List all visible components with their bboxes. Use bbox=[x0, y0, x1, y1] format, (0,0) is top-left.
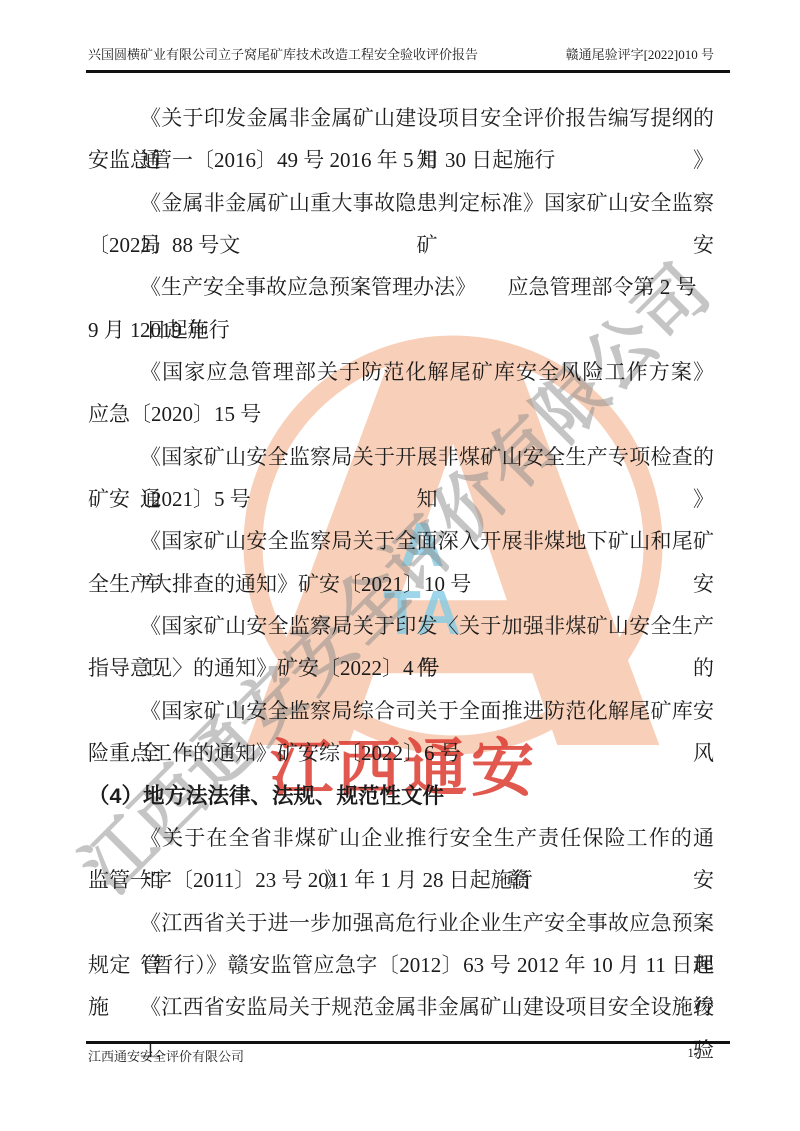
body-line: 《生产安全事故应急预案管理办法》 应急管理部令第 2 号 2019 年 bbox=[88, 266, 714, 308]
body-line: 《关于在全省非煤矿山企业推行安全生产责任保险工作的通知》赣安 bbox=[88, 817, 714, 859]
body-line: 《国家矿山安全监察局关于全面深入开展非煤地下矿山和尾矿库安 bbox=[88, 520, 714, 562]
body-line: 规定（暂行）》赣安监管应急字〔2012〕63 号 2012 年 10 月 11 … bbox=[88, 944, 714, 986]
body-line: 《国家矿山安全监察局关于开展非煤矿山安全生产专项检查的通知》 bbox=[88, 436, 714, 478]
body-line: 应急〔2020〕15 号 bbox=[88, 393, 714, 435]
page-footer: 江西通安安全评价有限公司 17 bbox=[88, 1046, 714, 1066]
header-rule bbox=[86, 70, 730, 73]
footer-company: 江西通安安全评价有限公司 bbox=[88, 1046, 244, 1065]
section-heading: （4）地方法法律、法规、规范性文件 bbox=[88, 775, 714, 817]
body-line: 《国家矿山安全监察局关于印发〈关于加强非煤矿山安全生产工作的 bbox=[88, 605, 714, 647]
body-line: 《江西省关于进一步加强高危行业企业生产安全事故应急预案管理 bbox=[88, 902, 714, 944]
page-number: 17 bbox=[688, 1046, 715, 1061]
body-line: 《金属非金属矿山重大事故隐患判定标准》国家矿山安全监察局矿安 bbox=[88, 182, 714, 224]
footer-rule bbox=[86, 1041, 730, 1044]
body-line: 《江西省安监局关于规范金属非金属矿山建设项目安全设施竣工验 bbox=[88, 986, 714, 1028]
body-line: 《国家矿山安全监察局综合司关于全面推进防范化解尾矿库安全风 bbox=[88, 690, 714, 732]
document-number: 赣通尾验评字[2022]010 号 bbox=[566, 44, 714, 63]
body-line: 9 月 1 日起施行 bbox=[88, 309, 714, 351]
body-line: 《关于印发金属非金属矿山建设项目安全评价报告编写提纲的通知》 bbox=[88, 97, 714, 139]
report-body: 《关于印发金属非金属矿山建设项目安全评价报告编写提纲的通知》 安监总管一〔201… bbox=[88, 97, 714, 1029]
report-title: 兴国圆横矿业有限公司立子窝尾矿库技术改造工程安全验收评价报告 bbox=[88, 44, 478, 63]
page-header: 兴国圆横矿业有限公司立子窝尾矿库技术改造工程安全验收评价报告 赣通尾验评字[20… bbox=[88, 44, 714, 68]
body-line: 《国家应急管理部关于防范化解尾矿库安全风险工作方案》 bbox=[88, 351, 714, 393]
